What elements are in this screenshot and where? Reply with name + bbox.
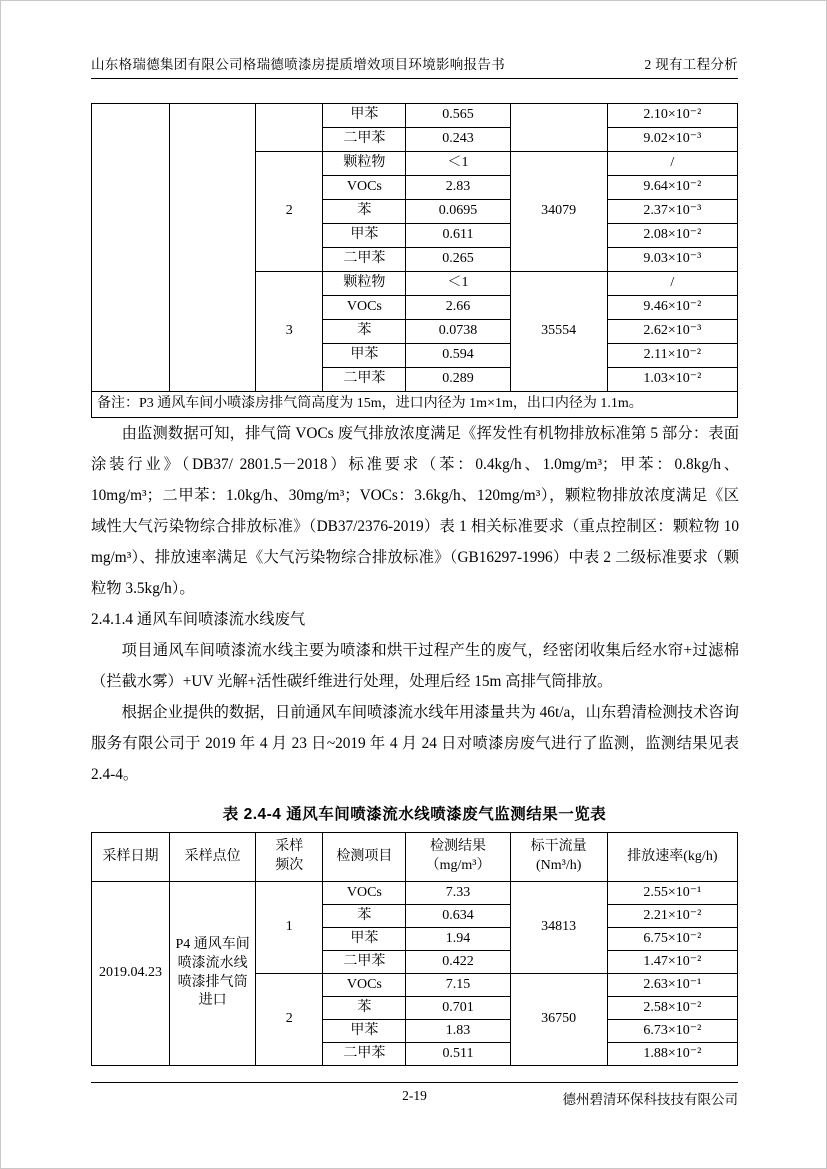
cell-result: 0.0738 xyxy=(406,320,510,344)
cell-rate: 6.73×10⁻² xyxy=(607,1020,737,1043)
monitoring-table-244: 采样日期 采样点位 采样 频次 检测项目 检测结果 （mg/m³） 标干流量 (… xyxy=(91,832,738,1066)
header-chapter-label: 2 现有工程分析 xyxy=(644,53,738,73)
report-page: 山东格瑞德集团有限公司格瑞德喷漆房提质增效项目环境影响报告书 2 现有工程分析 … xyxy=(0,0,827,1169)
cell-item: 二甲苯 xyxy=(323,128,406,152)
cell-result: 0.289 xyxy=(406,368,510,392)
paragraph-process: 项目通风车间喷漆流水线主要为喷漆和烘干过程产生的废气，经密闭收集后经水帘+过滤棉… xyxy=(91,635,739,697)
cell-frequency: 2 xyxy=(256,974,323,1066)
cell-item: 甲苯 xyxy=(323,104,406,128)
body-text: 由监测数据可知，排气筒 VOCs 废气排放浓度满足《挥发性有机物排放标准第 5 … xyxy=(91,418,739,790)
cell-item: 二甲苯 xyxy=(323,368,406,392)
cell-rate: / xyxy=(607,272,737,296)
cell-item: VOCs xyxy=(323,974,406,997)
cell-rate: 9.64×10⁻² xyxy=(607,176,737,200)
cell-result: ＜1 xyxy=(406,272,510,296)
cell-item: VOCs xyxy=(323,882,406,905)
cell-result: 2.66 xyxy=(406,296,510,320)
cell-flow-continuation xyxy=(510,104,607,152)
col-header-frequency: 采样 频次 xyxy=(256,833,323,882)
cell-frequency: 1 xyxy=(256,882,323,974)
cell-frequency: 3 xyxy=(256,272,323,392)
cell-item: 苯 xyxy=(323,997,406,1020)
cell-result: 0.634 xyxy=(406,905,510,928)
table-remark: 备注：P3 通风车间小喷漆房排气筒高度为 15m，进口内径为 1m×1m，出口内… xyxy=(92,392,738,418)
cell-item: VOCs xyxy=(323,176,406,200)
cell-rate: 9.03×10⁻³ xyxy=(607,248,737,272)
header-report-title: 山东格瑞德集团有限公司格瑞德喷漆房提质增效项目环境影响报告书 xyxy=(91,53,505,73)
table-244-caption: 表 2.4-4 通风车间喷漆流水线喷漆废气监测结果一览表 xyxy=(91,802,738,824)
cell-result: 0.701 xyxy=(406,997,510,1020)
cell-sample-point: P4 通风车间喷漆流水线喷漆排气筒进口 xyxy=(170,882,256,1066)
table-row: 甲苯 0.565 2.10×10⁻² xyxy=(92,104,738,128)
cell-rate: 2.37×10⁻³ xyxy=(607,200,737,224)
cell-item: 苯 xyxy=(323,905,406,928)
cell-result: 2.83 xyxy=(406,176,510,200)
cell-result: 0.611 xyxy=(406,224,510,248)
cell-rate: 9.02×10⁻³ xyxy=(607,128,737,152)
cell-item: 二甲苯 xyxy=(323,248,406,272)
cell-result: 0.0695 xyxy=(406,200,510,224)
cell-item: 二甲苯 xyxy=(323,951,406,974)
col-header-flow: 标干流量 (Nm³/h) xyxy=(510,833,607,882)
cell-result: 0.565 xyxy=(406,104,510,128)
cell-rate: 1.47×10⁻² xyxy=(607,951,737,974)
cell-rate: 2.08×10⁻² xyxy=(607,224,737,248)
section-heading-2414: 2.4.1.4 通风车间喷漆流水线废气 xyxy=(91,604,739,635)
cell-item: 苯 xyxy=(323,320,406,344)
cell-rate: / xyxy=(607,152,737,176)
cell-date-continuation xyxy=(92,104,170,392)
cell-item: 甲苯 xyxy=(323,224,406,248)
table-row: 2019.04.23 P4 通风车间喷漆流水线喷漆排气筒进口 1 VOCs 7.… xyxy=(92,882,738,905)
cell-result: 7.15 xyxy=(406,974,510,997)
cell-flow: 34079 xyxy=(510,152,607,272)
col-header-rate: 排放速率(kg/h) xyxy=(607,833,737,882)
cell-rate: 9.46×10⁻² xyxy=(607,296,737,320)
page-footer: 2-19 德州碧清环保科技技有限公司 xyxy=(91,1082,738,1086)
cell-flow: 34813 xyxy=(510,882,607,974)
cell-result: 0.243 xyxy=(406,128,510,152)
cell-rate: 2.55×10⁻¹ xyxy=(607,882,737,905)
cell-item: 二甲苯 xyxy=(323,1043,406,1066)
col-header-point: 采样点位 xyxy=(170,833,256,882)
cell-item: VOCs xyxy=(323,296,406,320)
cell-rate: 6.75×10⁻² xyxy=(607,928,737,951)
monitoring-table-continued: 甲苯 0.565 2.10×10⁻² 二甲苯 0.243 9.02×10⁻³ 2… xyxy=(91,103,738,418)
cell-item: 甲苯 xyxy=(323,1020,406,1043)
cell-flow: 35554 xyxy=(510,272,607,392)
cell-point-continuation xyxy=(170,104,256,392)
table-row-remark: 备注：P3 通风车间小喷漆房排气筒高度为 15m，进口内径为 1m×1m，出口内… xyxy=(92,392,738,418)
cell-item: 苯 xyxy=(323,200,406,224)
cell-rate: 2.62×10⁻³ xyxy=(607,320,737,344)
cell-rate: 2.21×10⁻² xyxy=(607,905,737,928)
cell-result: 1.83 xyxy=(406,1020,510,1043)
page-header: 山东格瑞德集团有限公司格瑞德喷漆房提质增效项目环境影响报告书 2 现有工程分析 xyxy=(91,53,738,79)
cell-item: 甲苯 xyxy=(323,344,406,368)
cell-flow: 36750 xyxy=(510,974,607,1066)
cell-result: ＜1 xyxy=(406,152,510,176)
col-header-result: 检测结果 （mg/m³） xyxy=(406,833,510,882)
cell-rate: 2.11×10⁻² xyxy=(607,344,737,368)
cell-rate: 2.10×10⁻² xyxy=(607,104,737,128)
cell-result: 0.265 xyxy=(406,248,510,272)
cell-item: 颗粒物 xyxy=(323,272,406,296)
cell-rate: 1.88×10⁻² xyxy=(607,1043,737,1066)
cell-result: 0.511 xyxy=(406,1043,510,1066)
table-header-row: 采样日期 采样点位 采样 频次 检测项目 检测结果 （mg/m³） 标干流量 (… xyxy=(92,833,738,882)
col-header-item: 检测项目 xyxy=(323,833,406,882)
cell-result: 0.594 xyxy=(406,344,510,368)
cell-rate: 2.63×10⁻¹ xyxy=(607,974,737,997)
cell-item: 颗粒物 xyxy=(323,152,406,176)
cell-item: 甲苯 xyxy=(323,928,406,951)
cell-rate: 2.58×10⁻² xyxy=(607,997,737,1020)
cell-frequency: 2 xyxy=(256,152,323,272)
cell-freq-continuation xyxy=(256,104,323,152)
cell-result: 1.94 xyxy=(406,928,510,951)
cell-rate: 1.03×10⁻² xyxy=(607,368,737,392)
paragraph-standards: 由监测数据可知，排气筒 VOCs 废气排放浓度满足《挥发性有机物排放标准第 5 … xyxy=(91,418,739,604)
cell-result: 7.33 xyxy=(406,882,510,905)
footer-company-name: 德州碧清环保科技技有限公司 xyxy=(563,1088,739,1108)
cell-sample-date: 2019.04.23 xyxy=(92,882,170,1066)
paragraph-monitoring: 根据企业提供的数据，日前通风车间喷漆流水线年用漆量共为 46t/a，山东碧清检测… xyxy=(91,697,739,790)
cell-result: 0.422 xyxy=(406,951,510,974)
col-header-date: 采样日期 xyxy=(92,833,170,882)
